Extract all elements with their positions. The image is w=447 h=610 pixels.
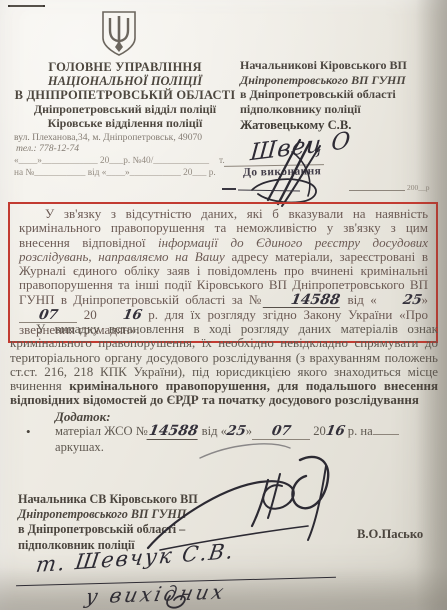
resolution-signature-scrawl — [248, 138, 358, 210]
handwritten-reg-number: 14588 — [263, 293, 342, 308]
document-photo: ГОЛОВНЕ УПРАВЛІННЯ НАЦІОНАЛЬНОЇ ПОЛІЦІЇ … — [0, 0, 447, 610]
recipient-line: Начальникові Кіровського ВП — [240, 58, 444, 73]
form-date-number-line: «____»____________ 20___р. №40/_________… — [14, 156, 209, 166]
paragraph-2: У випадку встановлення в ході розгляду д… — [10, 322, 438, 408]
org-line: НАЦІОНАЛЬНОЇ ПОЛІЦІЇ — [14, 74, 236, 88]
sender-org-block: ГОЛОВНЕ УПРАВЛІННЯ НАЦІОНАЛЬНОЇ ПОЛІЦІЇ … — [14, 60, 236, 130]
att-text: р. на — [345, 424, 373, 438]
sender-phone: тел.: 778-12-74 — [16, 143, 79, 154]
attachment-bullet: • — [26, 424, 31, 440]
form-reply-line: на №___________ від «____»___________ 20… — [14, 168, 216, 178]
org-line: Дніпропетровський відділ поліції — [14, 102, 236, 116]
signer-name: В.О.Пасько — [357, 527, 423, 542]
paragraph-1: У зв'язку з відсутністю даних, які б вка… — [19, 207, 428, 338]
ukraine-trident-emblem-icon — [99, 10, 139, 58]
sheets-blank — [373, 434, 399, 435]
org-line: ГОЛОВНЕ УПРАВЛІННЯ — [14, 60, 236, 74]
sender-address: вул. Плеханова,34, м. Дніпропетровськ, 4… — [14, 132, 244, 143]
att-text: матеріал ЖСО № — [55, 424, 148, 438]
att-text: аркушах. — [55, 440, 104, 454]
resolution-year-blank: 200__р — [407, 183, 430, 192]
org-line: В ДНІПРОПЕТРОВСЬКІЙ ОБЛАСТІ — [14, 88, 236, 102]
p1-text: 20 — [77, 307, 97, 322]
recipient-line: підполковнику поліції — [240, 102, 444, 117]
handwritten-day: 25 — [375, 293, 422, 307]
p1-text: від « — [341, 292, 377, 307]
stray-pen-mark — [8, 5, 45, 7]
p2-bold-text: кримінального правопорушення, для подаль… — [10, 378, 438, 407]
resolution-date-line — [349, 190, 405, 191]
recipient-block: Начальникові Кіровського ВП Дніпропетров… — [240, 58, 444, 133]
recipient-line: в Дніпропетровській області — [240, 87, 444, 102]
recipient-line: Дніпропетровського ВП ГУНП — [240, 73, 444, 88]
resolution-dash — [222, 188, 236, 190]
handwriting-descender-loop — [140, 596, 210, 610]
org-line: Кіровське відділення поліції — [14, 116, 236, 130]
form-line-suffix: т. — [219, 156, 225, 166]
